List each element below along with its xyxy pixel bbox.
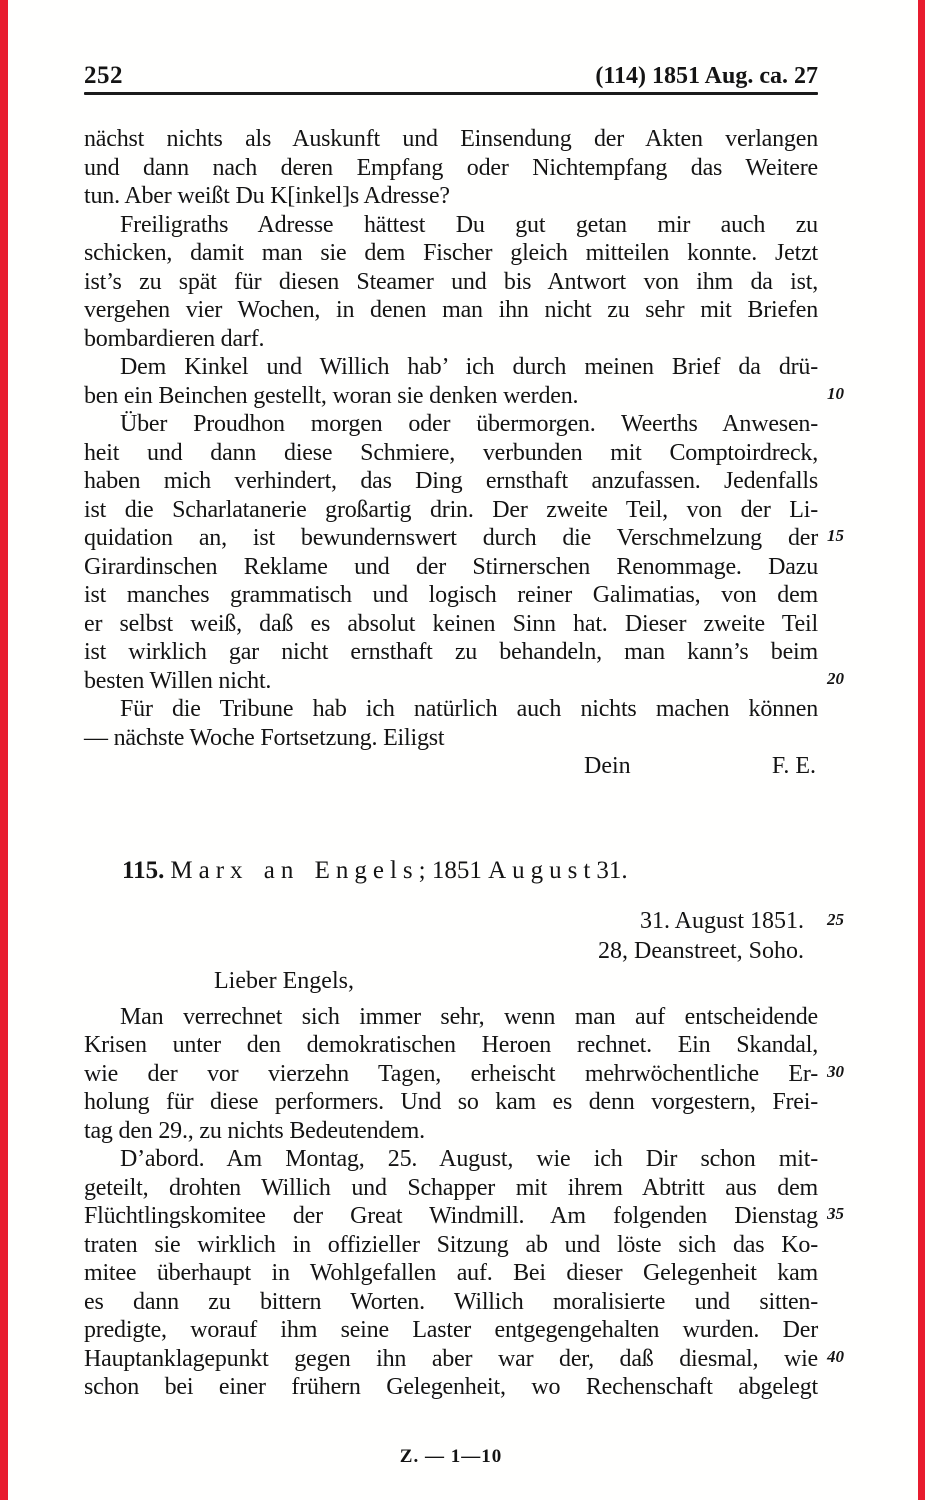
text-line-content: Über Proudhon morgen oder übermorgen. We… <box>120 411 818 437</box>
letter-114-body: nächst nichts als Auskunft und Einsendun… <box>84 125 818 752</box>
text-line: vergehen vier Wochen, in denen man ihn n… <box>84 296 818 325</box>
letter-115-salutation: Lieber Engels, <box>214 966 818 996</box>
text-line: — nächste Woche Fortsetzung. Eiligst <box>84 724 818 753</box>
text-line-content: Flüchtlingskomitee der Great Windmill. A… <box>84 1203 818 1229</box>
text-line-content: — nächste Woche Fortsetzung. Eiligst <box>84 725 444 751</box>
margin-line-number: 10 <box>827 384 844 404</box>
text-line: schon bei einer frühern Gelegenheit, wo … <box>84 1373 818 1402</box>
heading-separator: ; <box>419 857 426 884</box>
text-line-content: traten sie wirklich in offizieller Sitzu… <box>84 1232 818 1258</box>
text-line-content: ist manches grammatisch und logisch rein… <box>84 582 818 608</box>
page-content: 252 (114) 1851 Aug. ca. 27 nächst nichts… <box>84 0 818 1468</box>
text-line: ist’s zu spät für diesen Steamer und bis… <box>84 268 818 297</box>
page-edge-right <box>918 0 925 1500</box>
letter-addressee: Marx an Engels <box>170 857 418 884</box>
text-line-content: bombardieren darf. <box>84 326 264 352</box>
margin-line-number: 35 <box>827 1204 844 1224</box>
text-line: es dann zu bittern Worten. Willich moral… <box>84 1288 818 1317</box>
text-line-content: vergehen vier Wochen, in denen man ihn n… <box>84 297 818 323</box>
text-line-content: ist die Scharlatanerie großartig drin. D… <box>84 497 818 523</box>
text-line-content: predigte, worauf ihm seine Laster entgeg… <box>84 1317 818 1343</box>
text-line-content: geteilt, drohten Willich und Schapper mi… <box>84 1175 818 1201</box>
letter-114-signature: Dein F. E. <box>84 752 818 781</box>
text-line: Für die Tribune hab ich natürlich auch n… <box>84 695 818 724</box>
text-line: Dem Kinkel und Willich hab’ ich durch me… <box>84 353 818 382</box>
text-line-content: tag den 29., zu nichts Bedeutendem. <box>84 1118 425 1144</box>
text-line: D’abord. Am Montag, 25. August, wie ich … <box>84 1145 818 1174</box>
text-line: Über Proudhon morgen oder übermorgen. We… <box>84 410 818 439</box>
text-line-content: ist wirklich gar nicht ernsthaft zu beha… <box>84 639 818 665</box>
text-line: bombardieren darf. <box>84 325 818 354</box>
text-line-content: ist’s zu spät für diesen Steamer und bis… <box>84 269 818 295</box>
text-line-content: nächst nichts als Auskunft und Einsendun… <box>84 126 818 152</box>
text-line: Hauptanklagepunkt gegen ihn aber war der… <box>84 1345 818 1374</box>
letter-115-dateline: 31. August 1851. 25 28, Deanstreet, Soho… <box>84 906 818 966</box>
printers-mark: Z. — 1—10 <box>84 1446 818 1468</box>
heading-month: August <box>488 857 596 884</box>
text-line-content: besten Willen nicht. <box>84 668 271 694</box>
text-line-content: heit und dann diese Schmiere, verbunden … <box>84 440 818 466</box>
text-line-content: quidation an, ist bewundernswert durch d… <box>84 525 818 551</box>
text-line: wie der vor vierzehn Tagen, erheischt me… <box>84 1060 818 1089</box>
text-line-content: Freiligraths Adresse hättest Du gut geta… <box>120 212 818 238</box>
margin-line-number: 40 <box>827 1347 844 1367</box>
text-line-content: Für die Tribune hab ich natürlich auch n… <box>120 696 818 722</box>
text-line-content: Man verrechnet sich immer sehr, wenn man… <box>120 1004 818 1030</box>
text-line-content: mitee überhaupt in Wohlgefallen auf. Bei… <box>84 1260 818 1286</box>
text-line: tag den 29., zu nichts Bedeutendem. <box>84 1117 818 1146</box>
text-line: haben mich verhindert, das Ding ernsthaf… <box>84 467 818 496</box>
text-line-content: er selbst weiß, daß es absolut keinen Si… <box>84 611 818 637</box>
heading-year: 1851 <box>432 857 482 884</box>
text-line: Flüchtlingskomitee der Great Windmill. A… <box>84 1202 818 1231</box>
dateline-date-text: 31. August 1851. <box>640 908 804 934</box>
text-line: ist wirklich gar nicht ernsthaft zu beha… <box>84 638 818 667</box>
page-edge-left <box>0 0 8 1500</box>
text-line: und dann nach deren Empfang oder Nichtem… <box>84 154 818 183</box>
text-line: quidation an, ist bewundernswert durch d… <box>84 524 818 553</box>
text-line: holung für diese performers. Und so kam … <box>84 1088 818 1117</box>
heading-day: 31. <box>596 857 627 884</box>
text-line-content: Krisen unter den demokratischen Heroen r… <box>84 1032 818 1058</box>
header-rule <box>84 92 818 95</box>
text-line: geteilt, drohten Willich und Schapper mi… <box>84 1174 818 1203</box>
text-line: tun. Aber weißt Du K[inkel]s Adresse? <box>84 182 818 211</box>
text-line-content: es dann zu bittern Worten. Willich moral… <box>84 1289 818 1315</box>
text-line: mitee überhaupt in Wohlgefallen auf. Bei… <box>84 1259 818 1288</box>
running-header: 252 (114) 1851 Aug. ca. 27 <box>84 62 818 90</box>
text-line: schicken, damit man sie dem Fischer glei… <box>84 239 818 268</box>
dateline-date: 31. August 1851. 25 <box>84 906 804 936</box>
page-number: 252 <box>84 62 123 90</box>
text-line: traten sie wirklich in offizieller Sitzu… <box>84 1231 818 1260</box>
signature-closing: Dein <box>584 752 631 781</box>
letter-115-body: Man verrechnet sich immer sehr, wenn man… <box>84 1003 818 1402</box>
text-line-content: D’abord. Am Montag, 25. August, wie ich … <box>120 1146 818 1172</box>
text-line-content: Hauptanklagepunkt gegen ihn aber war der… <box>84 1346 818 1372</box>
text-line-content: und dann nach deren Empfang oder Nichtem… <box>84 155 818 181</box>
signature-initials: F. E. <box>772 752 816 781</box>
text-line-content: holung für diese performers. Und so kam … <box>84 1089 818 1115</box>
text-line: predigte, worauf ihm seine Laster entgeg… <box>84 1316 818 1345</box>
text-line: Man verrechnet sich immer sehr, wenn man… <box>84 1003 818 1032</box>
text-line: ist die Scharlatanerie großartig drin. D… <box>84 496 818 525</box>
header-date-label: (114) 1851 Aug. ca. 27 <box>595 62 818 90</box>
text-line: besten Willen nicht.20 <box>84 667 818 696</box>
text-line: Krisen unter den demokratischen Heroen r… <box>84 1031 818 1060</box>
text-line-content: schon bei einer frühern Gelegenheit, wo … <box>84 1374 818 1400</box>
margin-line-number: 20 <box>827 669 844 689</box>
text-line: Girardinschen Reklame und der Stirnersch… <box>84 553 818 582</box>
text-line: er selbst weiß, daß es absolut keinen Si… <box>84 610 818 639</box>
scanned-book-page: 252 (114) 1851 Aug. ca. 27 nächst nichts… <box>0 0 925 1500</box>
dateline-address: 28, Deanstreet, Soho. <box>84 936 804 966</box>
text-line-content: tun. Aber weißt Du K[inkel]s Adresse? <box>84 183 450 209</box>
text-line: nächst nichts als Auskunft und Einsendun… <box>84 125 818 154</box>
text-line-content: Girardinschen Reklame und der Stirnersch… <box>84 554 818 580</box>
margin-line-number: 25 <box>827 910 844 930</box>
margin-line-number: 15 <box>827 526 844 546</box>
margin-line-number: 30 <box>827 1062 844 1082</box>
text-line-content: Dem Kinkel und Willich hab’ ich durch me… <box>120 354 818 380</box>
text-line: heit und dann diese Schmiere, verbunden … <box>84 439 818 468</box>
text-line-content: haben mich verhindert, das Ding ernsthaf… <box>84 468 818 494</box>
text-line: Freiligraths Adresse hättest Du gut geta… <box>84 211 818 240</box>
letter-number: 115. <box>122 857 164 884</box>
text-line: ist manches grammatisch und logisch rein… <box>84 581 818 610</box>
text-line-content: wie der vor vierzehn Tagen, erheischt me… <box>84 1061 818 1087</box>
letter-115-heading: 115.Marx an Engels; 1851 August31. <box>122 856 818 886</box>
text-line-content: schicken, damit man sie dem Fischer glei… <box>84 240 818 266</box>
text-line-content: ben ein Beinchen gestellt, woran sie den… <box>84 383 578 409</box>
text-line: ben ein Beinchen gestellt, woran sie den… <box>84 382 818 411</box>
